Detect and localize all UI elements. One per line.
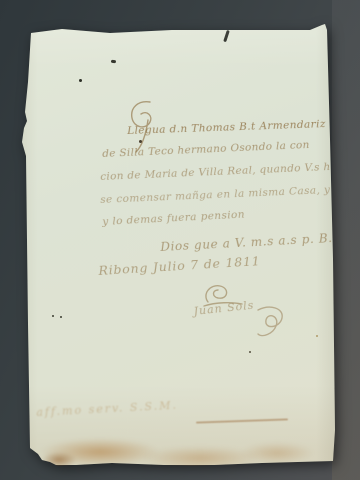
opening-initial-flourish-icon [120,98,166,156]
stain [140,446,260,470]
ink-speck [79,79,82,82]
handwriting-line: cion de Maria de Villa Real, quando V.s … [100,160,344,183]
manuscript-sheet: Llegua d.n Thomas B.t Armendariz de Sill… [22,24,335,465]
handwriting-line: Llegua d.n Thomas B.t Armendariz [127,118,326,137]
signature: Juan Sols [193,299,255,318]
photo-backdrop: Llegua d.n Thomas B.t Armendariz de Sill… [0,0,360,480]
ink-speck [249,351,251,353]
stain [42,452,76,468]
bleedthrough-writing: aff.mo serv. S.S.M. [36,399,178,419]
backdrop-shading [332,0,360,480]
handwriting-line: y lo demas fuera pension [102,209,245,228]
ink-speck [52,315,54,317]
foxing-dot [316,335,318,337]
paper-page: Llegua d.n Thomas B.t Armendariz de Sill… [22,24,335,465]
handwriting-line: se comensar mañga en la misma Casa, y [100,184,331,206]
ink-speck [111,60,116,63]
stain [40,438,160,466]
ink-speck [60,316,62,318]
ink-speck [223,30,229,42]
signature-flourish-icon [250,300,294,344]
ink-speck [139,140,142,143]
signature-rubric-icon [198,280,246,310]
dateline: Ribong Julio 7 de 1811 [98,253,261,278]
handwriting-line: de Silla Teco hermano Osondo la con [102,139,310,160]
faded-pen-stroke [196,418,288,423]
valediction-line: Dios gue a V. m.s a.s p. B. [160,231,333,254]
stain [240,442,314,464]
